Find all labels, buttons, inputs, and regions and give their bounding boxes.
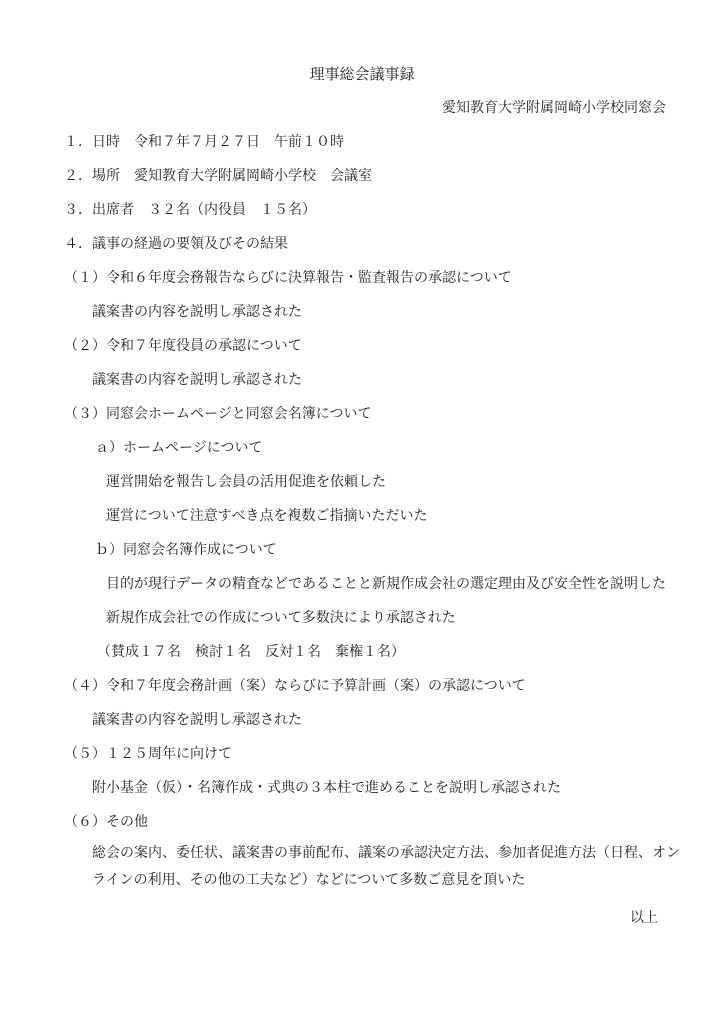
agenda-4-title: （４）令和７年度会務計画（案）ならびに予算計画（案）の承認について bbox=[0, 670, 724, 704]
organization-name: 愛知教育大学附属岡崎小学校同窓会 bbox=[0, 92, 724, 126]
agenda-2-result: 議案書の内容を説明し承認された bbox=[0, 364, 724, 398]
meeting-place-line: ２．場所 愛知教育大学附属岡崎小学校 会議室 bbox=[0, 160, 724, 194]
agenda-3b-note-2: 新規作成会社での作成について多数決により承認された bbox=[0, 602, 724, 636]
attendees-line: ３．出席者 ３２名（内役員 １５名） bbox=[0, 194, 724, 228]
agenda-5-result: 附小基金（仮）・名簿作成・式典の３本柱で進めることを説明し承認された bbox=[0, 772, 724, 806]
document-page: 理事総会議事録 愛知教育大学附属岡崎小学校同窓会 １．日時 令和７年７月２７日 … bbox=[0, 0, 724, 1024]
agenda-6-note-line-2: ラインの利用、その他の工夫など）などについて多数ご意見を頂いた bbox=[0, 867, 724, 894]
agenda-3a-note-1: 運営開始を報告し会員の活用促進を依頼した bbox=[0, 466, 724, 500]
agenda-heading: ４．議事の経過の要領及びその結果 bbox=[0, 228, 724, 262]
agenda-2-title: （２）令和７年度役員の承認について bbox=[0, 330, 724, 364]
agenda-5-title: （５）１２５周年に向けて bbox=[0, 738, 724, 772]
agenda-3b-note-1: 目的が現行データの精査などであることと新規作成会社の選定理由及び安全性を説明した bbox=[0, 568, 724, 602]
closing-word: 以上 bbox=[0, 902, 724, 936]
agenda-3a-title: ａ）ホームページについて bbox=[0, 432, 724, 466]
agenda-1-result: 議案書の内容を説明し承認された bbox=[0, 296, 724, 330]
agenda-3-title: （３）同窓会ホームページと同窓会名簿について bbox=[0, 398, 724, 432]
agenda-1-title: （１）令和６年度会務報告ならびに決算報告・監査報告の承認について bbox=[0, 262, 724, 296]
agenda-6-note-line-1: 総会の案内、委任状、議案書の事前配布、議案の承認決定方法、参加者促進方法（日程、… bbox=[0, 840, 724, 867]
agenda-4-result: 議案書の内容を説明し承認された bbox=[0, 704, 724, 738]
agenda-3b-vote-counts: （賛成１７名 検討１名 反対１名 棄権１名） bbox=[0, 636, 724, 670]
agenda-3a-note-2: 運営について注意すべき点を複数ご指摘いただいた bbox=[0, 500, 724, 534]
agenda-3b-title: ｂ）同窓会名簿作成について bbox=[0, 534, 724, 568]
meeting-date-line: １．日時 令和７年７月２７日 午前１０時 bbox=[0, 126, 724, 160]
document-title: 理事総会議事録 bbox=[0, 58, 724, 92]
agenda-6-title: （６）その他 bbox=[0, 806, 724, 840]
